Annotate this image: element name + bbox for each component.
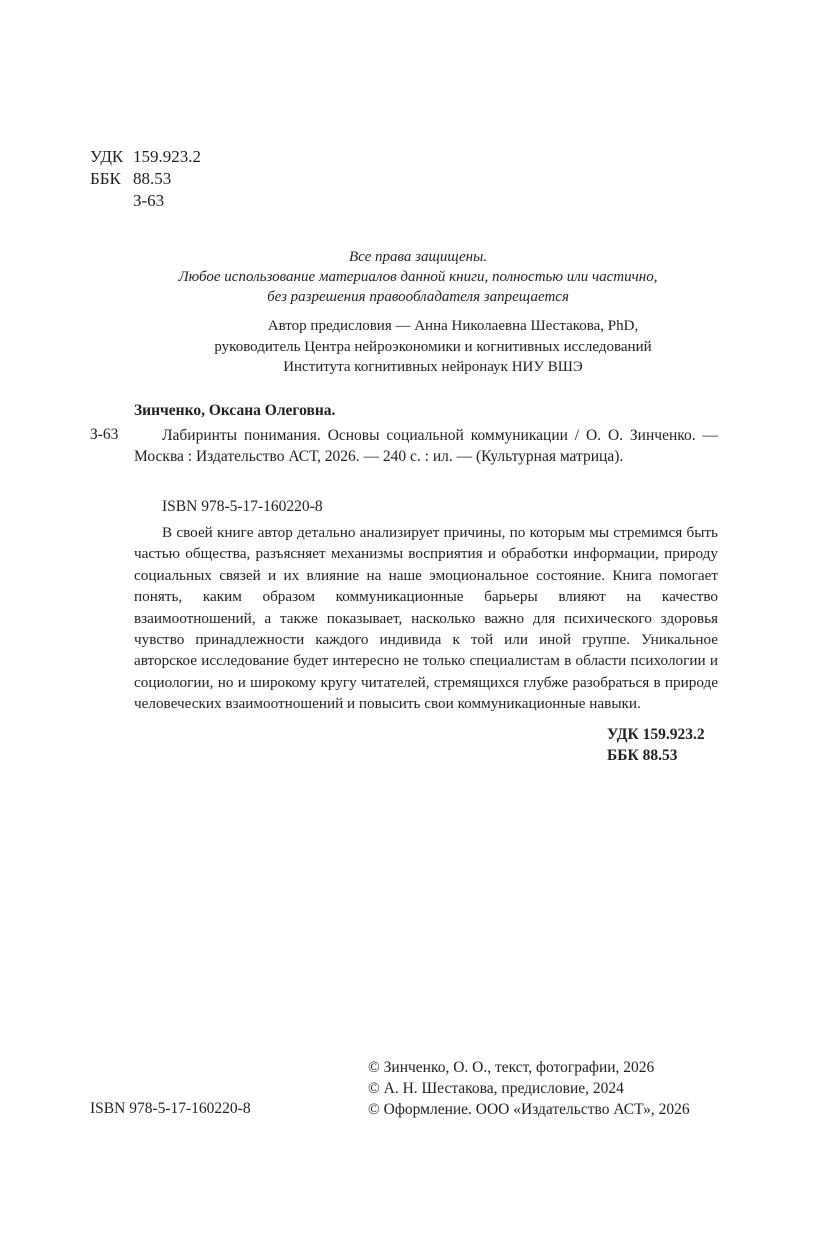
rights-line: Любое использование материалов данной кн… [130, 267, 706, 287]
bbk-row: ББК 88.53 [90, 168, 201, 190]
author-mark-value: З-63 [133, 190, 164, 212]
udk-label: УДК [90, 146, 133, 168]
record-description: Лабиринты понимания. Основы социальной к… [134, 425, 718, 467]
udk-row: УДК 159.923.2 [90, 146, 201, 168]
record-author: Зинченко, Оксана Олеговна. [134, 401, 335, 421]
author-mark-row: З-63 [90, 190, 201, 212]
imprint-page: УДК 159.923.2 ББК 88.53 З-63 Все права з… [0, 0, 815, 1252]
author-mark-label [90, 190, 133, 212]
bbk-label: ББК [90, 168, 133, 190]
copyright-line: © Оформление. ООО «Издательство АСТ», 20… [368, 1099, 690, 1120]
foreword-line: Автор предисловия — Анна Николаевна Шест… [160, 316, 706, 337]
copyright-block: © Зинченко, О. О., текст, фотографии, 20… [368, 1057, 690, 1120]
foreword-line: руководитель Центра нейроэкономики и ког… [160, 337, 706, 358]
footer-isbn: ISBN 978-5-17-160220-8 [90, 1099, 251, 1119]
rights-line: Все права защищены. [130, 247, 706, 267]
bbk-bottom: ББК 88.53 [607, 745, 705, 766]
record-isbn: ISBN 978-5-17-160220-8 [162, 497, 323, 517]
annotation-paragraph: В своей книге автор детально анализирует… [134, 522, 718, 715]
udk-bottom: УДК 159.923.2 [607, 724, 705, 745]
rights-notice: Все права защищены. Любое использование … [130, 247, 706, 307]
classification-block-bottom: УДК 159.923.2 ББК 88.53 [607, 724, 705, 766]
bbk-value: 88.53 [133, 168, 171, 190]
record-shelf-code: З-63 [90, 425, 118, 445]
copyright-line: © Зинченко, О. О., текст, фотографии, 20… [368, 1057, 690, 1078]
rights-line: без разрешения правообладателя запрещает… [130, 287, 706, 307]
udk-value: 159.923.2 [133, 146, 201, 168]
foreword-line: Института когнитивных нейронаук НИУ ВШЭ [160, 357, 706, 378]
foreword-author: Автор предисловия — Анна Николаевна Шест… [160, 316, 706, 378]
classification-block-top: УДК 159.923.2 ББК 88.53 З-63 [90, 146, 201, 212]
copyright-line: © А. Н. Шестакова, предисловие, 2024 [368, 1078, 690, 1099]
